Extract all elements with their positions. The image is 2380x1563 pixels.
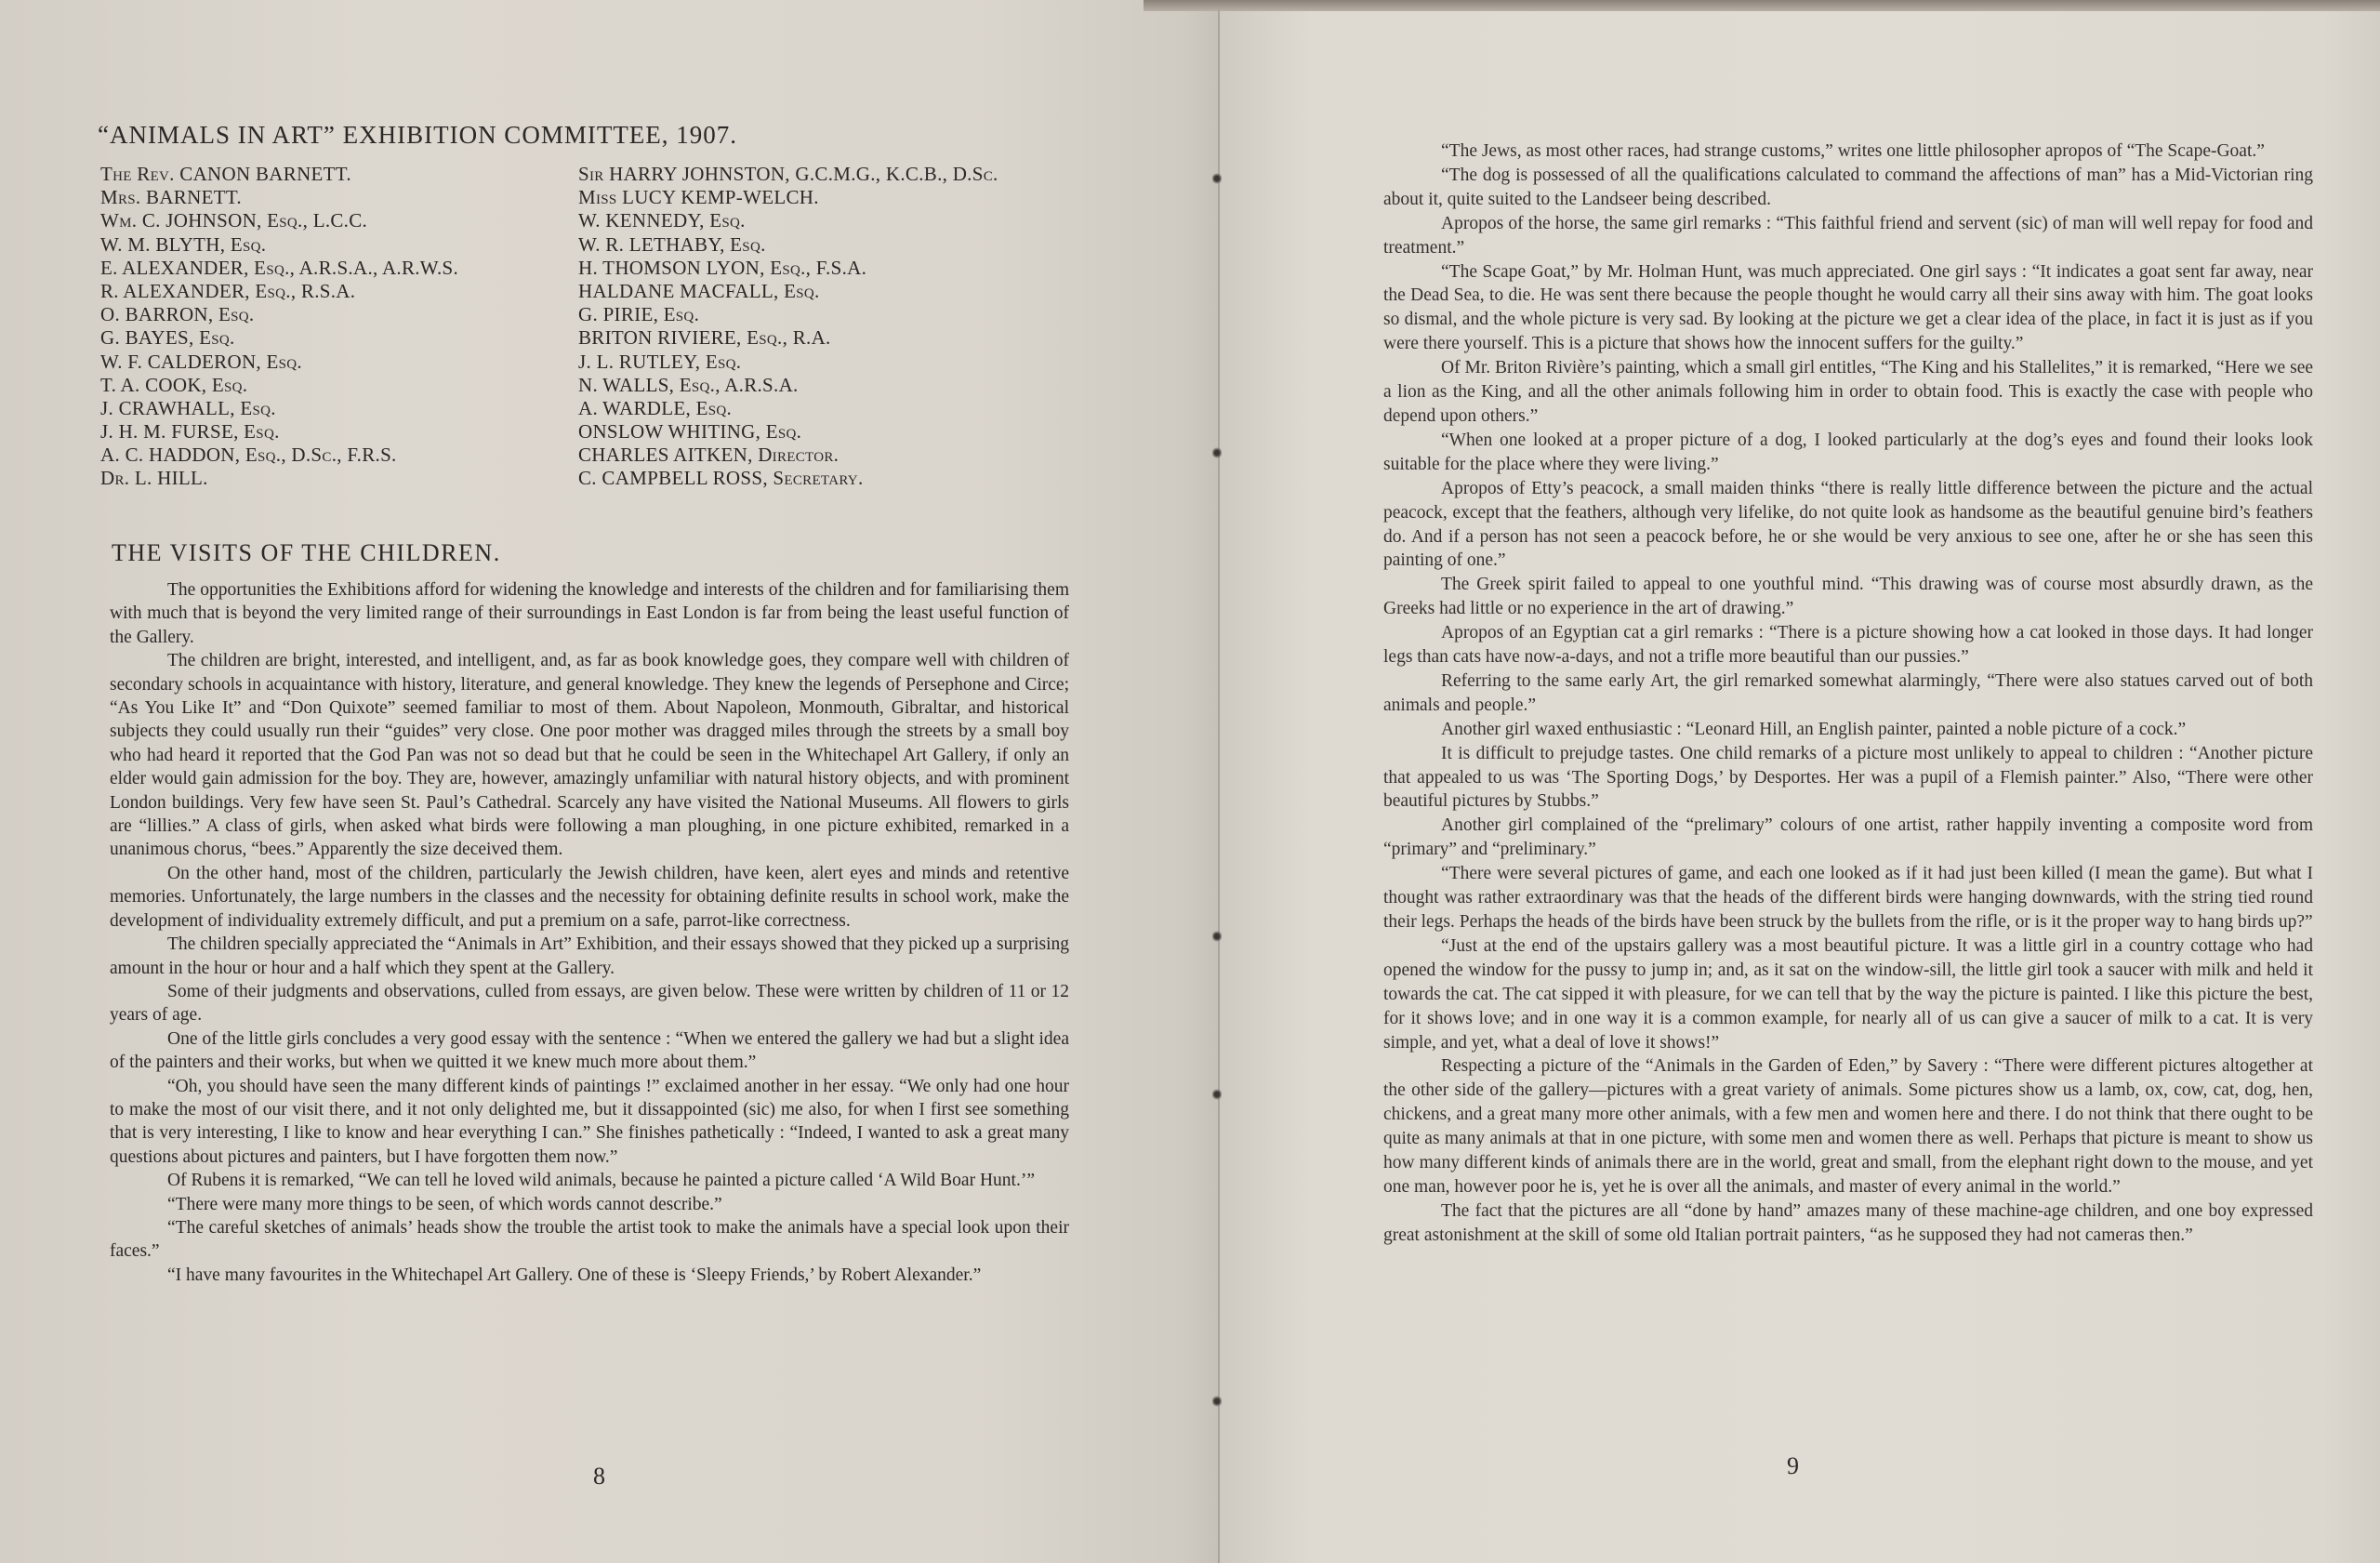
committee-member: O. BARRON, Esq.	[100, 303, 458, 326]
right-body-text: “The Jews, as most other races, had stra…	[1383, 139, 2313, 1248]
committee-member: N. WALLS, Esq., A.R.S.A.	[578, 374, 998, 397]
committee-member: Sir HARRY JOHNSTON, G.C.M.G., K.C.B., D.…	[578, 163, 998, 186]
paragraph: Referring to the same early Art, the gir…	[1383, 669, 2313, 718]
paragraph: One of the little girls concludes a very…	[110, 1027, 1069, 1075]
paragraph: It is difficult to prejudge tastes. One …	[1383, 742, 2313, 815]
committee-member: G. PIRIE, Esq.	[578, 303, 998, 326]
page-number: 8	[593, 1463, 605, 1490]
left-body-text: The opportunities the Exhibitions afford…	[110, 578, 1069, 1287]
paragraph: The children specially appreciated the “…	[110, 933, 1069, 980]
committee-member: R. ALEXANDER, Esq., R.S.A.	[100, 280, 458, 303]
section-title: THE VISITS OF THE CHILDREN.	[112, 539, 501, 567]
binding-stitch-icon	[1212, 930, 1222, 943]
committee-title: “ANIMALS IN ART” EXHIBITION COMMITTEE, 1…	[98, 121, 737, 150]
committee-member: T. A. COOK, Esq.	[100, 374, 458, 397]
paragraph: On the other hand, most of the children,…	[110, 862, 1069, 933]
committee-member: HALDANE MACFALL, Esq.	[578, 280, 998, 303]
committee-member: CHARLES AITKEN, Director.	[578, 444, 998, 467]
committee-member: J. CRAWHALL, Esq.	[100, 397, 458, 420]
page-number: 9	[1787, 1452, 1799, 1480]
committee-member: BRITON RIVIERE, Esq., R.A.	[578, 326, 998, 350]
left-page: “ANIMALS IN ART” EXHIBITION COMMITTEE, 1…	[0, 0, 1220, 1563]
binding-stitch-icon	[1212, 1395, 1222, 1408]
binding-stitch-icon	[1212, 446, 1222, 459]
committee-member: W. M. BLYTH, Esq.	[100, 233, 458, 257]
committee-member: The Rev. CANON BARNETT.	[100, 163, 458, 186]
paragraph: “The dog is possessed of all the qualifi…	[1383, 164, 2313, 212]
paragraph: Another girl complained of the “prelimar…	[1383, 814, 2313, 862]
paragraph: Some of their judgments and observations…	[110, 980, 1069, 1027]
committee-member: Wm. C. JOHNSON, Esq., L.C.C.	[100, 209, 458, 232]
committee-member: J. H. M. FURSE, Esq.	[100, 420, 458, 444]
committee-member: A. WARDLE, Esq.	[578, 397, 998, 420]
paragraph: “When one looked at a proper picture of …	[1383, 429, 2313, 477]
paragraph: “There were several pictures of game, an…	[1383, 862, 2313, 934]
paragraph: Apropos of Etty’s peacock, a small maide…	[1383, 477, 2313, 574]
paragraph: “The careful sketches of animals’ heads …	[110, 1216, 1069, 1264]
committee-member: J. L. RUTLEY, Esq.	[578, 351, 998, 374]
paragraph: The children are bright, interested, and…	[110, 649, 1069, 862]
paragraph: Of Rubens it is remarked, “We can tell h…	[110, 1169, 1069, 1192]
paragraph: Apropos of the horse, the same girl rema…	[1383, 212, 2313, 260]
paragraph: “The Scape Goat,” by Mr. Holman Hunt, wa…	[1383, 260, 2313, 357]
book-gutter	[1218, 9, 1220, 1563]
committee-member: Dr. L. HILL.	[100, 467, 458, 490]
paragraph: The fact that the pictures are all “done…	[1383, 1199, 2313, 1248]
committee-member: W. KENNEDY, Esq.	[578, 209, 998, 232]
binding-stitch-icon	[1212, 172, 1222, 185]
committee-member: Miss LUCY KEMP-WELCH.	[578, 186, 998, 209]
paragraph: Respecting a picture of the “Animals in …	[1383, 1054, 2313, 1199]
paragraph: “There were many more things to be seen,…	[110, 1193, 1069, 1216]
committee-list-right: Sir HARRY JOHNSTON, G.C.M.G., K.C.B., D.…	[578, 163, 998, 491]
committee-member: Mrs. BARNETT.	[100, 186, 458, 209]
committee-member: C. CAMPBELL ROSS, Secretary.	[578, 467, 998, 490]
paragraph: Apropos of an Egyptian cat a girl remark…	[1383, 621, 2313, 669]
paragraph: The Greek spirit failed to appeal to one…	[1383, 573, 2313, 621]
committee-member: W. R. LETHABY, Esq.	[578, 233, 998, 257]
committee-member: G. BAYES, Esq.	[100, 326, 458, 350]
right-page: “The Jews, as most other races, had stra…	[1220, 0, 2380, 1563]
committee-member: E. ALEXANDER, Esq., A.R.S.A., A.R.W.S.	[100, 257, 458, 280]
paragraph: “The Jews, as most other races, had stra…	[1383, 139, 2313, 164]
paragraph: Of Mr. Briton Rivière’s painting, which …	[1383, 356, 2313, 429]
paragraph: “Oh, you should have seen the many diffe…	[110, 1075, 1069, 1170]
paragraph: The opportunities the Exhibitions afford…	[110, 578, 1069, 649]
page-top-edge-shadow	[1144, 0, 2380, 11]
committee-member: W. F. CALDERON, Esq.	[100, 351, 458, 374]
committee-list-left: The Rev. CANON BARNETT. Mrs. BARNETT. Wm…	[100, 163, 458, 491]
paragraph: Another girl waxed enthusiastic : “Leona…	[1383, 718, 2313, 742]
binding-stitch-icon	[1212, 1088, 1222, 1101]
committee-member: A. C. HADDON, Esq., D.Sc., F.R.S.	[100, 444, 458, 467]
committee-member: ONSLOW WHITING, Esq.	[578, 420, 998, 444]
paragraph: “Just at the end of the upstairs gallery…	[1383, 934, 2313, 1055]
paragraph: “I have many favourites in the Whitechap…	[110, 1264, 1069, 1287]
committee-member: H. THOMSON LYON, Esq., F.S.A.	[578, 257, 998, 280]
